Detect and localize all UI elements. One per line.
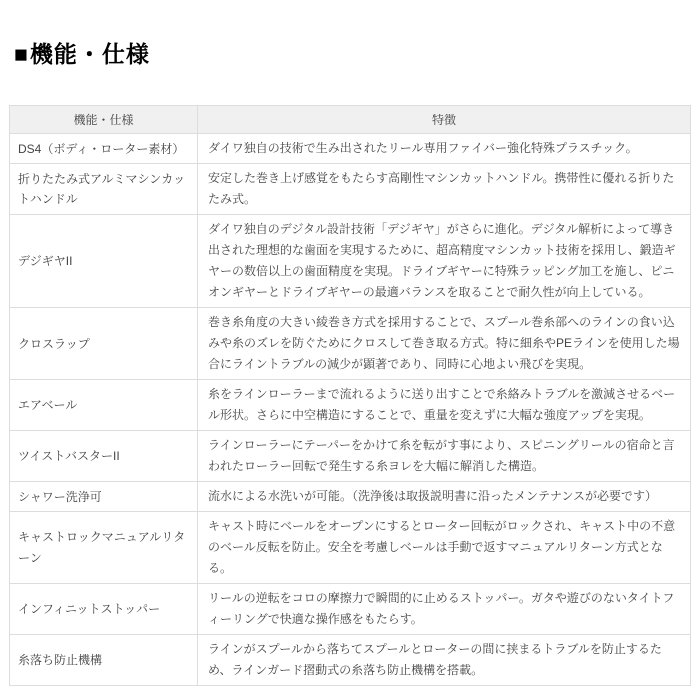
feature-cell: インフィニットストッパー — [10, 584, 198, 635]
spec-table: 機能・仕様 特徴 DS4（ボディ・ローター素材） ダイワ独自の技術で生み出された… — [9, 105, 691, 686]
column-header-description: 特徴 — [198, 106, 691, 134]
spec-table-body: DS4（ボディ・ローター素材） ダイワ独自の技術で生み出されたリール専用ファイバ… — [10, 134, 691, 686]
feature-cell: ツイストバスターII — [10, 431, 198, 482]
feature-cell: 糸落ち防止機構 — [10, 635, 198, 686]
table-row: 折りたたみ式アルミマシンカットハンドル 安定した巻き上げ感覚をもたらす高剛性マシ… — [10, 164, 691, 215]
square-bullet-icon: ■ — [14, 42, 29, 67]
description-cell: ダイワ独自の技術で生み出されたリール専用ファイバー強化特殊プラスチック。 — [198, 134, 691, 164]
feature-cell: デジギヤII — [10, 215, 198, 308]
table-row: キャストロックマニュアルリターン キャスト時にベールをオープンにするとローター回… — [10, 512, 691, 584]
table-row: エアベール 糸をラインローラーまで流れるように送り出すことで糸絡みトラブルを激減… — [10, 380, 691, 431]
description-cell: リールの逆転をコロの摩擦力で瞬間的に止めるストッパー。ガタや遊びのないタイトフィ… — [198, 584, 691, 635]
page-title: ■ 機能・仕様 — [0, 0, 700, 67]
table-row: シャワー洗浄可 流水による水洗いが可能。（洗浄後は取扱説明書に沿ったメンテナンス… — [10, 482, 691, 512]
feature-cell: 折りたたみ式アルミマシンカットハンドル — [10, 164, 198, 215]
feature-cell: DS4（ボディ・ローター素材） — [10, 134, 198, 164]
header-row: 機能・仕様 特徴 — [10, 106, 691, 134]
table-row: ツイストバスターII ラインローラーにテーパーをかけて糸を転がす事により、スピニ… — [10, 431, 691, 482]
page: ■ 機能・仕様 機能・仕様 特徴 DS4（ボディ・ローター素材） ダイワ独自の技… — [0, 0, 700, 700]
description-cell: 流水による水洗いが可能。（洗浄後は取扱説明書に沿ったメンテナンスが必要です） — [198, 482, 691, 512]
description-cell: ラインローラーにテーパーをかけて糸を転がす事により、スピニングリールの宿命と言わ… — [198, 431, 691, 482]
description-cell: キャスト時にベールをオープンにするとローター回転がロックされ、キャスト中の不意の… — [198, 512, 691, 584]
description-cell: ダイワ独自のデジタル設計技術「デジギヤ」がさらに進化。デジタル解析によって導き出… — [198, 215, 691, 308]
feature-cell: キャストロックマニュアルリターン — [10, 512, 198, 584]
description-cell: ラインがスプールから落ちてスプールとローターの間に挟まるトラブルを防止するため、… — [198, 635, 691, 686]
column-header-feature: 機能・仕様 — [10, 106, 198, 134]
table-row: インフィニットストッパー リールの逆転をコロの摩擦力で瞬間的に止めるストッパー。… — [10, 584, 691, 635]
description-cell: 糸をラインローラーまで流れるように送り出すことで糸絡みトラブルを激減させるベール… — [198, 380, 691, 431]
table-row: 糸落ち防止機構 ラインがスプールから落ちてスプールとローターの間に挟まるトラブル… — [10, 635, 691, 686]
table-row: クロスラップ 巻き糸角度の大きい綾巻き方式を採用することで、スプール巻糸部へのラ… — [10, 308, 691, 380]
description-cell: 安定した巻き上げ感覚をもたらす高剛性マシンカットハンドル。携帯性に優れる折りたた… — [198, 164, 691, 215]
page-title-text: 機能・仕様 — [30, 42, 150, 67]
spec-table-header: 機能・仕様 特徴 — [10, 106, 691, 134]
feature-cell: エアベール — [10, 380, 198, 431]
table-row: デジギヤII ダイワ独自のデジタル設計技術「デジギヤ」がさらに進化。デジタル解析… — [10, 215, 691, 308]
table-row: DS4（ボディ・ローター素材） ダイワ独自の技術で生み出されたリール専用ファイバ… — [10, 134, 691, 164]
description-cell: 巻き糸角度の大きい綾巻き方式を採用することで、スプール巻糸部へのラインの食い込み… — [198, 308, 691, 380]
feature-cell: シャワー洗浄可 — [10, 482, 198, 512]
feature-cell: クロスラップ — [10, 308, 198, 380]
